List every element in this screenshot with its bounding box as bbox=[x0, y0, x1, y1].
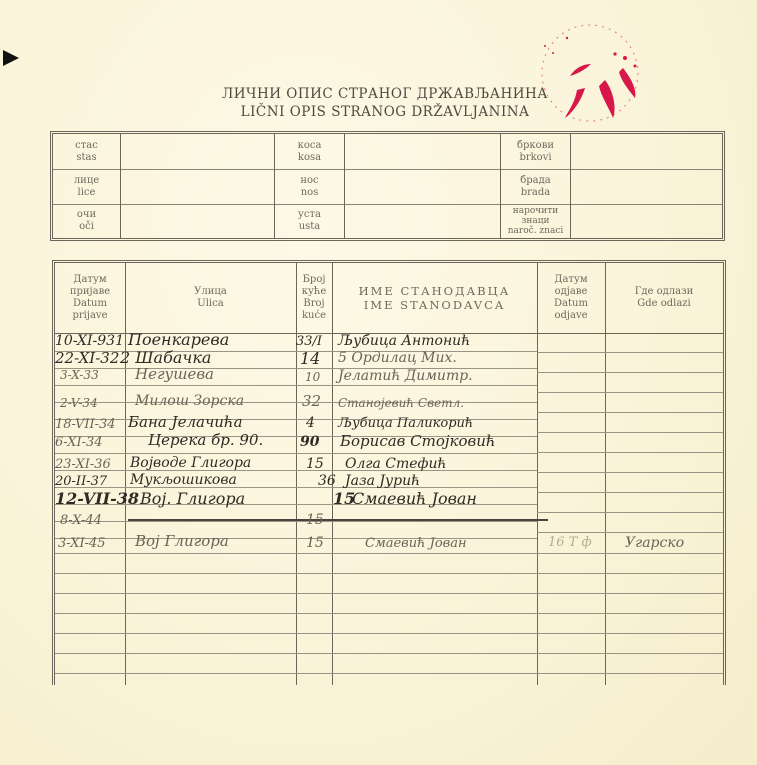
entry-date-in: 10-XI-931 bbox=[55, 333, 124, 350]
entry-destination: Угарско bbox=[625, 535, 684, 552]
value-lice[interactable] bbox=[121, 169, 275, 204]
entry-landlord: Олга Стефић bbox=[345, 456, 447, 473]
entry-street: Милош Зорска bbox=[135, 393, 244, 410]
entry-date-in: 22-XI-32 bbox=[55, 350, 119, 367]
entry-landlord: Борисав Стојковић bbox=[340, 433, 496, 450]
pointer-arrow-icon bbox=[3, 50, 19, 66]
label-brkovi: брковиbrkovi bbox=[501, 134, 571, 169]
entry-house-no: 90 bbox=[300, 434, 319, 451]
entry-street: 2 Шабачка bbox=[120, 349, 211, 366]
entry-date-in: 20-II-37 bbox=[55, 473, 107, 490]
entry-date-in: 2-V-34 bbox=[60, 395, 98, 412]
value-brada[interactable] bbox=[571, 169, 722, 204]
entry-house-no: 15 bbox=[306, 456, 324, 473]
description-row: стасstas косаkosa брковиbrkovi bbox=[53, 134, 722, 170]
header-datum-prijave: Датум пријавеDatum prijave bbox=[55, 263, 125, 333]
entry-street: Бана Јелачића bbox=[128, 414, 243, 431]
entry-landlord: Смаевић Јован bbox=[365, 535, 467, 552]
entry-house-no: 15 bbox=[306, 512, 324, 529]
entry-landlord: Јелатић Димитр. bbox=[338, 368, 473, 385]
description-row: очиoči устаusta нарочити знациnaroč. zna… bbox=[53, 204, 722, 238]
entry-date-in: 3-XI-45 bbox=[58, 535, 106, 552]
entry-house-no: 4 bbox=[306, 415, 315, 432]
entry-house-no: 33/I bbox=[296, 333, 322, 350]
label-kosa: косаkosa bbox=[275, 134, 345, 169]
entry-landlord: Смаевић Јован bbox=[352, 490, 477, 507]
entry-street: Вој. Глигора bbox=[140, 490, 245, 507]
entry-landlord: 5 Ордилац Мих. bbox=[338, 350, 457, 367]
red-stamp-icon bbox=[505, 18, 665, 128]
header-datum-odjave: Датум одјавеDatum odjave bbox=[537, 263, 605, 333]
label-nos: носnos bbox=[275, 169, 345, 204]
header-ime-stanodavca: ИМЕ СТАНОДАВЦАIME STANODAVCA bbox=[332, 263, 537, 333]
entry-landlord: Љубица Антонић bbox=[338, 333, 470, 350]
entry-date-out: 16 Т ф bbox=[548, 534, 592, 551]
entry-landlord: Јаза Јурић bbox=[345, 473, 420, 490]
entry-street: Поенкарева bbox=[128, 331, 229, 348]
entry-house-no: 32 bbox=[302, 393, 321, 410]
value-oci[interactable] bbox=[121, 204, 275, 238]
value-brkovi[interactable] bbox=[571, 134, 722, 169]
description-row: лицеlice носnos брадаbrada bbox=[53, 169, 722, 205]
value-narocito-znaci[interactable] bbox=[571, 204, 722, 238]
entry-landlord: Станојевић Светл. bbox=[338, 395, 464, 412]
header-gde-odlazi: Где одлазиGde odlazi bbox=[605, 263, 723, 333]
physical-description-table: стасstas косаkosa брковиbrkovi лицеlice … bbox=[50, 131, 725, 241]
entry-street: Негушева bbox=[135, 366, 214, 383]
entry-street: Војводе Глигора bbox=[130, 455, 251, 472]
entry-house-no: 36 bbox=[318, 473, 336, 490]
label-stas: стасstas bbox=[53, 134, 121, 169]
entry-street: Вој Глигора bbox=[135, 533, 229, 550]
entry-date-in: 6-XI-34 bbox=[55, 434, 103, 451]
strike-line bbox=[128, 519, 548, 521]
header-broj-kuce: Број кућеBroj kuće bbox=[296, 263, 332, 333]
entry-landlord: Љубица Паликорић bbox=[338, 415, 473, 432]
label-narocito-znaci: нарочити знациnaroč. znaci bbox=[501, 204, 571, 238]
label-oci: очиoči bbox=[53, 204, 121, 238]
entry-date-in: 12-VII-38 bbox=[55, 490, 139, 507]
value-kosa[interactable] bbox=[345, 134, 501, 169]
entry-date-in: 23-XI-36 bbox=[55, 456, 111, 473]
entry-street: Церека бр. 90. bbox=[148, 432, 263, 449]
entry-date-in: 18-VII-34 bbox=[55, 416, 116, 433]
entry-house-no: 14 bbox=[300, 350, 320, 367]
value-usta[interactable] bbox=[345, 204, 501, 238]
entry-house-no: 15 bbox=[306, 535, 324, 552]
entry-date-in: 8-X-44 bbox=[60, 512, 102, 529]
value-stas[interactable] bbox=[121, 134, 275, 169]
entry-house-no: 10 bbox=[305, 369, 320, 386]
label-lice: лицеlice bbox=[53, 169, 121, 204]
entry-date-in: 3-X-33 bbox=[60, 367, 99, 384]
header-ulica: УлицаUlica bbox=[125, 263, 296, 333]
entry-street: Мукљошикова bbox=[130, 472, 237, 489]
label-brada: брадаbrada bbox=[501, 169, 571, 204]
label-usta: устаusta bbox=[275, 204, 345, 238]
value-nos[interactable] bbox=[345, 169, 501, 204]
